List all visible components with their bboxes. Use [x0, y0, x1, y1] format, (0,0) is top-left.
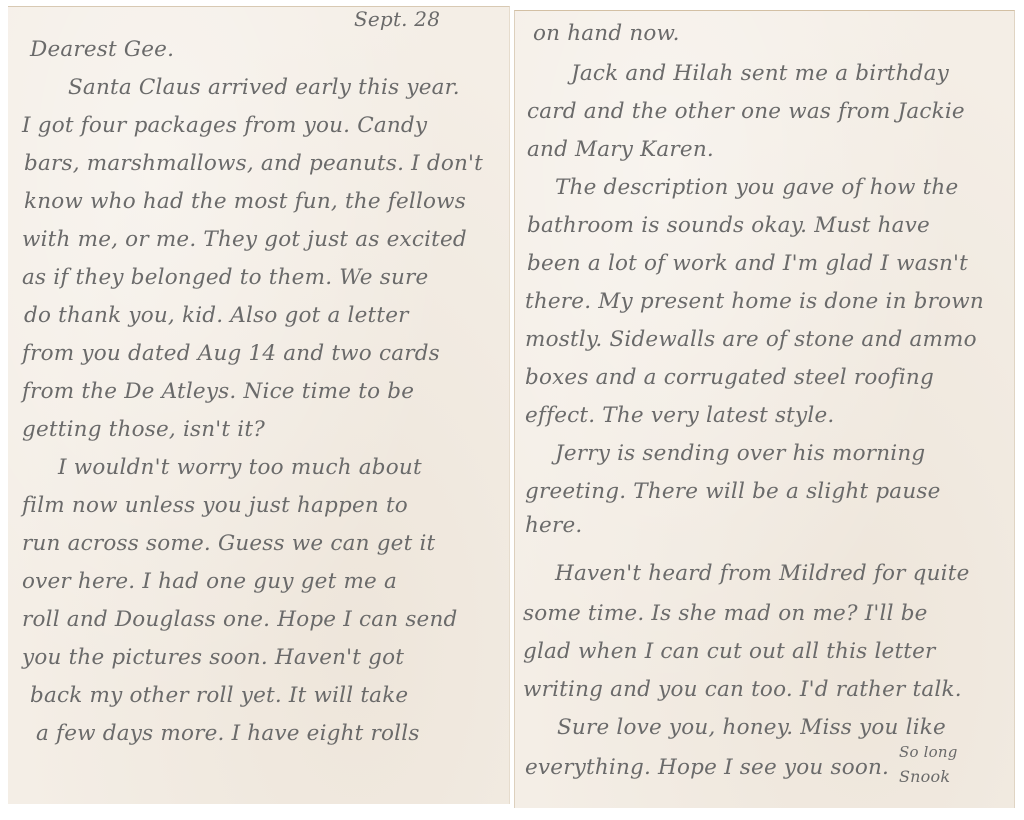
letter-line: getting those, isn't it? [22, 417, 265, 442]
letter-line: everything. Hope I see you soon. [525, 755, 889, 780]
letter-line: run across some. Guess we can get it [22, 531, 435, 556]
letter-line: I got four packages from you. Candy [22, 113, 427, 138]
letter-line: with me, or me. They got just as excited [22, 227, 467, 252]
letter-line: Jack and Hilah sent me a birthday [571, 61, 949, 86]
letter-page-right: on hand now. Jack and Hilah sent me a bi… [514, 10, 1015, 808]
left-page-text: Sept. 28 Dearest Gee. Santa Claus arrive… [8, 7, 509, 804]
letter-line: from the De Atleys. Nice time to be [22, 379, 414, 404]
letter-line: effect. The very latest style. [525, 403, 834, 428]
letter-line: over here. I had one guy get me a [22, 569, 397, 594]
letter-line: you the pictures soon. Haven't got [22, 645, 404, 670]
letter-line: Santa Claus arrived early this year. [68, 75, 460, 100]
letter-line: on hand now. [533, 21, 680, 46]
salutation: Dearest Gee. [30, 37, 174, 62]
signoff: So long [899, 743, 958, 761]
letter-line: back my other roll yet. It will take [30, 683, 408, 708]
letter-line: I wouldn't worry too much about [58, 455, 422, 480]
letter-line: The description you gave of how the [555, 175, 958, 200]
letter-line: from you dated Aug 14 and two cards [22, 341, 440, 366]
letter-line: film now unless you just happen to [22, 493, 408, 518]
letter-line: mostly. Sidewalls are of stone and ammo [525, 327, 977, 352]
letter-line: boxes and a corrugated steel roofing [525, 365, 934, 390]
letter-line: bathroom is sounds okay. Must have [527, 213, 930, 238]
letter-line: card and the other one was from Jackie [527, 99, 965, 124]
letter-line: here. [525, 513, 582, 538]
letter-line: Haven't heard from Mildred for quite [555, 561, 970, 586]
letter-line: glad when I can cut out all this letter [523, 639, 936, 664]
letter-line: there. My present home is done in brown [525, 289, 984, 314]
letter-line: greeting. There will be a slight pause [525, 479, 941, 504]
letter-line: roll and Douglass one. Hope I can send [22, 607, 458, 632]
letter-line: some time. Is she mad on me? I'll be [523, 601, 928, 626]
signature: Snook [899, 767, 950, 786]
letter-line: Sure love you, honey. Miss you like [557, 715, 946, 740]
letter-line: been a lot of work and I'm glad I wasn't [527, 251, 968, 276]
letter-line: bars, marshmallows, and peanuts. I don't [24, 151, 483, 176]
letter-line: writing and you can too. I'd rather talk… [523, 677, 962, 702]
letter-line: a few days more. I have eight rolls [36, 721, 420, 746]
letter-line: Jerry is sending over his morning [555, 441, 925, 466]
letter-line: do thank you, kid. Also got a letter [24, 303, 409, 328]
letter-line: know who had the most fun, the fellows [24, 189, 466, 214]
letter-page-left: Sept. 28 Dearest Gee. Santa Claus arrive… [8, 6, 510, 804]
letter-date: Sept. 28 [354, 7, 440, 31]
letter-line: as if they belonged to them. We sure [22, 265, 428, 290]
right-page-text: on hand now. Jack and Hilah sent me a bi… [515, 11, 1014, 808]
letter-line: and Mary Karen. [527, 137, 714, 162]
